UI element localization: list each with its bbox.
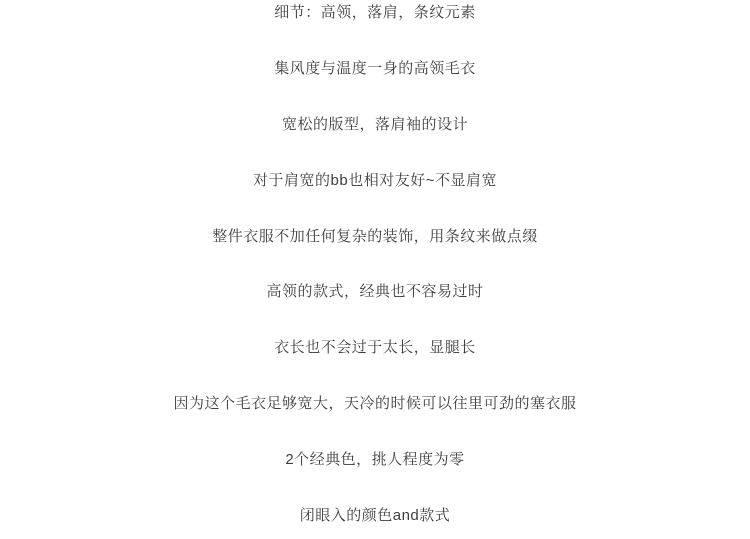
description-line: 因为这个毛衣足够宽大，天冷的时候可以往里可劲的塞衣服	[0, 376, 750, 432]
description-line-details: 细节：高领，落肩，条纹元素	[0, 0, 750, 41]
description-line: 整件衣服不加任何复杂的装饰，用条纹来做点缀	[0, 208, 750, 264]
description-line: 集风度与温度一身的高领毛衣	[0, 41, 750, 97]
description-line: 2个经典色，挑人程度为零	[0, 431, 750, 487]
description-line: 高领的款式，经典也不容易过时	[0, 264, 750, 320]
description-line: 宽松的版型，落肩袖的设计	[0, 97, 750, 153]
description-line: 衣长也不会过于太长，显腿长	[0, 320, 750, 376]
description-line: 对于肩宽的bb也相对友好~不显肩宽	[0, 152, 750, 208]
description-line: 闭眼入的颜色and款式	[0, 487, 750, 539]
product-description-text-block: 细节：高领，落肩，条纹元素 集风度与温度一身的高领毛衣 宽松的版型，落肩袖的设计…	[0, 0, 750, 539]
